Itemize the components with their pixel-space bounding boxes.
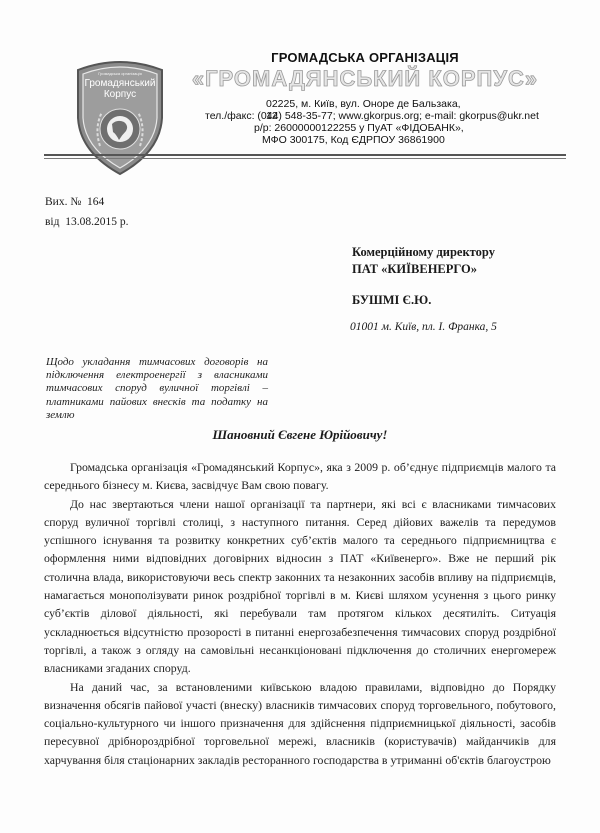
addressee-address: 01001 м. Київ, пл. І. Франка, 5: [350, 321, 497, 333]
addressee-name: БУШМІ Є.Ю.: [352, 293, 431, 308]
letterhead-mfo-code: МФО 300175, Код ЄДРПОУ 36861900: [262, 134, 562, 146]
outgoing-number: Вих. № 164: [45, 196, 104, 208]
svg-text:Корпус: Корпус: [104, 89, 136, 100]
letter-body: Громадська організація «Громадянський Ко…: [44, 458, 556, 769]
svg-text:Громадська організація: Громадська організація: [98, 71, 142, 76]
body-paragraph: До нас звертаються члени нашої організац…: [44, 495, 556, 678]
letter-subject: Щодо укладання тимчасових договорів на п…: [46, 356, 268, 422]
addressee-position: Комерційному директору: [352, 244, 495, 261]
letterhead-divider: [44, 154, 566, 156]
addressee-company: ПАТ «КИЇВЕНЕРГО»: [352, 261, 495, 278]
letter-page: Громадська організація Громадянський Кор…: [0, 0, 600, 833]
outgoing-number-value: 164: [87, 196, 104, 208]
outgoing-date-value: 13.08.2015 р.: [65, 216, 128, 228]
outgoing-date: від 13.08.2015 р.: [45, 216, 128, 228]
outgoing-date-label: від: [45, 216, 59, 228]
body-paragraph: Громадська організація «Громадянський Ко…: [44, 458, 556, 495]
letterhead-org-name: «ГРОМАДЯНСЬКИЙ КОРПУС»: [190, 66, 540, 92]
outgoing-number-label: Вих. №: [45, 196, 81, 208]
svg-text:Громадянський: Громадянський: [85, 78, 156, 89]
body-paragraph: На даний час, за встановленими київською…: [44, 678, 556, 769]
salutation: Шановний Євгене Юрійовичу!: [0, 427, 600, 443]
letterhead-org-type: ГРОМАДСЬКА ОРГАНІЗАЦІЯ: [200, 50, 530, 65]
addressee-block: Комерційному директору ПАТ «КИЇВЕНЕРГО»: [352, 244, 495, 278]
letterhead-bank-account: р/р: 26000000122255 у ПуАТ «ФІДОБАНК»,: [254, 122, 574, 134]
letterhead-divider-thin: [44, 158, 566, 159]
letterhead-contacts: тел./факс: (044) 548-35-77; www.gkorpus.…: [205, 110, 565, 122]
